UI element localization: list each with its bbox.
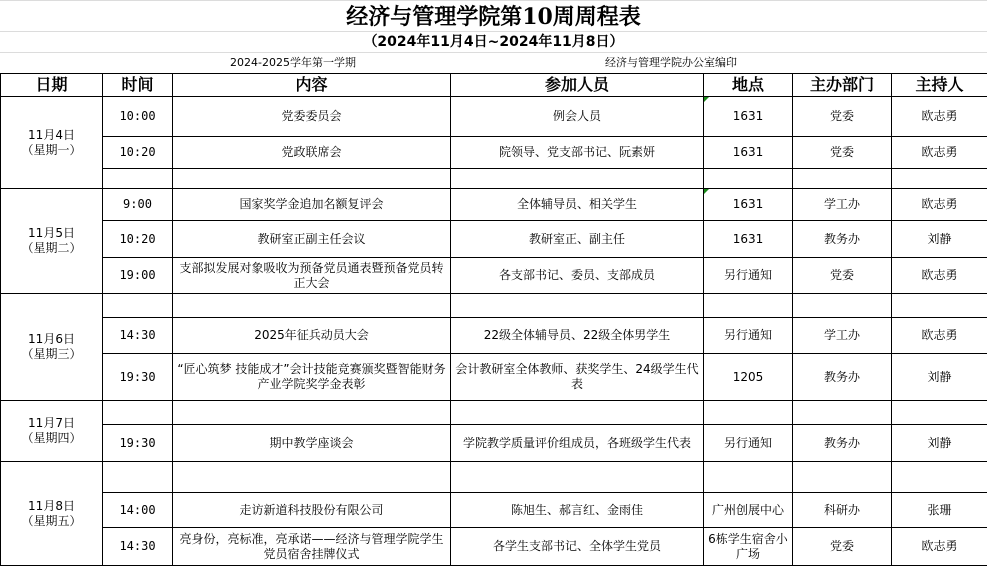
attendees-cell[interactable]: 教研室正、副主任 xyxy=(451,221,704,258)
attendees-cell[interactable] xyxy=(451,169,704,189)
content-cell[interactable] xyxy=(173,401,451,425)
host-cell[interactable]: 欧志勇 xyxy=(892,258,987,294)
dept-cell[interactable]: 党委 xyxy=(793,137,892,169)
table-row xyxy=(1,169,987,189)
date-cell[interactable]: 11月5日（星期二） xyxy=(1,189,103,294)
dept-cell[interactable]: 教务办 xyxy=(793,354,892,401)
time-cell[interactable]: 19:00 xyxy=(103,258,173,294)
table-row: 11月4日（星期一） 10:00 党委委员会 例会人员 1631 党委 欧志勇 xyxy=(1,97,987,137)
time-cell[interactable]: 10:20 xyxy=(103,221,173,258)
page-title: 经济与管理学院第10周周程表 xyxy=(0,2,987,32)
table-row: 11月6日（星期三） xyxy=(1,294,987,318)
content-cell[interactable]: “匠心筑梦 技能成才”会计技能竞赛颁奖暨智能财务产业学院奖学金表彰 xyxy=(173,354,451,401)
location-cell[interactable] xyxy=(704,169,793,189)
dept-cell[interactable]: 党委 xyxy=(793,97,892,137)
col-header-location: 地点 xyxy=(704,74,793,97)
location-cell[interactable]: 1631 xyxy=(704,221,793,258)
time-cell[interactable]: 19:30 xyxy=(103,354,173,401)
publisher-label: 经济与管理学院办公室编印 xyxy=(605,54,737,72)
date-cell[interactable]: 11月6日（星期三） xyxy=(1,294,103,401)
table-row: 11月7日（星期四） xyxy=(1,401,987,425)
table-row: 11月8日（星期五） xyxy=(1,462,987,493)
col-header-time: 时间 xyxy=(103,74,173,97)
time-cell[interactable]: 10:20 xyxy=(103,137,173,169)
host-cell[interactable]: 刘静 xyxy=(892,354,987,401)
location-cell[interactable]: 另行通知 xyxy=(704,425,793,462)
location-cell[interactable]: 6栋学生宿舍小广场 xyxy=(704,528,793,566)
date-text: 11月4日 xyxy=(28,128,75,142)
col-header-attendees: 参加人员 xyxy=(451,74,704,97)
host-cell[interactable]: 欧志勇 xyxy=(892,137,987,169)
table-row: 10:20 教研室正副主任会议 教研室正、副主任 1631 教务办 刘静 xyxy=(1,221,987,258)
attendees-cell[interactable]: 学院教学质量评价组成员，各班级学生代表 xyxy=(451,425,704,462)
dept-cell[interactable] xyxy=(793,401,892,425)
attendees-cell[interactable] xyxy=(451,462,704,493)
content-cell[interactable]: 期中教学座谈会 xyxy=(173,425,451,462)
comment-indicator-icon xyxy=(704,97,709,102)
col-header-date: 日期 xyxy=(1,74,103,97)
time-cell[interactable]: 9:00 xyxy=(103,189,173,221)
weekday-text: （星期三） xyxy=(21,347,81,361)
host-cell[interactable]: 张珊 xyxy=(892,493,987,528)
semester-label: 2024-2025学年第一学期 xyxy=(230,54,356,72)
date-cell[interactable]: 11月8日（星期五） xyxy=(1,462,103,566)
location-cell[interactable]: 1631 xyxy=(704,97,793,137)
attendees-cell[interactable] xyxy=(451,294,704,318)
location-cell[interactable] xyxy=(704,401,793,425)
content-cell[interactable]: 2025年征兵动员大会 xyxy=(173,318,451,354)
table-row: 14:30 2025年征兵动员大会 22级全体辅导员、22级全体男学生 另行通知… xyxy=(1,318,987,354)
table-row: 11月5日（星期二） 9:00 国家奖学金追加名额复评会 全体辅导员、相关学生 … xyxy=(1,189,987,221)
attendees-cell[interactable]: 各支部书记、委员、支部成员 xyxy=(451,258,704,294)
host-cell[interactable]: 欧志勇 xyxy=(892,97,987,137)
dept-cell[interactable]: 科研办 xyxy=(793,493,892,528)
content-cell[interactable]: 教研室正副主任会议 xyxy=(173,221,451,258)
location-cell[interactable]: 1631 xyxy=(704,137,793,169)
content-cell[interactable] xyxy=(173,294,451,318)
date-text: 11月5日 xyxy=(28,226,75,240)
host-cell[interactable]: 刘静 xyxy=(892,425,987,462)
host-cell[interactable] xyxy=(892,462,987,493)
date-range-subtitle: （2024年11月4日~2024年11月8日） xyxy=(0,32,987,52)
location-cell[interactable]: 另行通知 xyxy=(704,258,793,294)
date-cell[interactable]: 11月4日（星期一） xyxy=(1,97,103,189)
attendees-cell[interactable]: 全体辅导员、相关学生 xyxy=(451,189,704,221)
location-cell[interactable]: 另行通知 xyxy=(704,318,793,354)
table-row: 19:30 期中教学座谈会 学院教学质量评价组成员，各班级学生代表 另行通知 教… xyxy=(1,425,987,462)
time-cell[interactable] xyxy=(103,462,173,493)
dept-cell[interactable] xyxy=(793,294,892,318)
table-header-row: 日期 时间 内容 参加人员 地点 主办部门 主持人 xyxy=(1,74,987,97)
dept-cell[interactable] xyxy=(793,462,892,493)
host-cell[interactable]: 欧志勇 xyxy=(892,189,987,221)
time-cell[interactable] xyxy=(103,401,173,425)
table-row: 19:30 “匠心筑梦 技能成才”会计技能竞赛颁奖暨智能财务产业学院奖学金表彰 … xyxy=(1,354,987,401)
time-cell[interactable] xyxy=(103,294,173,318)
attendees-cell[interactable]: 院领导、党支部书记、阮素妍 xyxy=(451,137,704,169)
host-cell[interactable]: 刘静 xyxy=(892,221,987,258)
dept-cell[interactable]: 教务办 xyxy=(793,221,892,258)
date-text: 11月8日 xyxy=(28,499,75,513)
weekday-text: （星期四） xyxy=(21,431,81,445)
attendees-cell[interactable]: 例会人员 xyxy=(451,97,704,137)
weekday-text: （星期一） xyxy=(21,143,81,157)
table-row: 14:30 亮身份，亮标准，亮承诺——经济与管理学院学生党员宿舍挂牌仪式 各学生… xyxy=(1,528,987,566)
sheet-gridline xyxy=(0,0,987,1)
content-cell[interactable]: 亮身份，亮标准，亮承诺——经济与管理学院学生党员宿舍挂牌仪式 xyxy=(173,528,451,566)
sheet-gridline xyxy=(0,52,987,53)
date-text: 11月6日 xyxy=(28,332,75,346)
host-cell[interactable] xyxy=(892,401,987,425)
content-cell[interactable]: 走访新道科技股份有限公司 xyxy=(173,493,451,528)
col-header-dept: 主办部门 xyxy=(793,74,892,97)
dept-cell[interactable]: 学工办 xyxy=(793,318,892,354)
content-cell[interactable] xyxy=(173,169,451,189)
time-cell[interactable]: 14:30 xyxy=(103,318,173,354)
attendees-cell[interactable] xyxy=(451,401,704,425)
content-cell[interactable]: 党委委员会 xyxy=(173,97,451,137)
location-cell[interactable] xyxy=(704,294,793,318)
host-cell[interactable] xyxy=(892,169,987,189)
dept-cell[interactable]: 学工办 xyxy=(793,189,892,221)
location-cell[interactable] xyxy=(704,462,793,493)
location-cell[interactable]: 广州创展中心 xyxy=(704,493,793,528)
content-cell[interactable]: 支部拟发展对象吸收为预备党员通表暨预备党员转正大会 xyxy=(173,258,451,294)
weekday-text: （星期二） xyxy=(21,241,81,255)
dept-cell[interactable]: 党委 xyxy=(793,528,892,566)
host-cell[interactable] xyxy=(892,294,987,318)
time-cell[interactable] xyxy=(103,169,173,189)
schedule-table: 日期 时间 内容 参加人员 地点 主办部门 主持人 11月4日（星期一） 10:… xyxy=(0,73,987,566)
location-cell[interactable]: 1205 xyxy=(704,354,793,401)
time-cell[interactable]: 14:30 xyxy=(103,528,173,566)
date-cell[interactable]: 11月7日（星期四） xyxy=(1,401,103,462)
table-row: 10:20 党政联席会 院领导、党支部书记、阮素妍 1631 党委 欧志勇 xyxy=(1,137,987,169)
host-cell[interactable]: 欧志勇 xyxy=(892,528,987,566)
weekday-text: （星期五） xyxy=(21,514,81,528)
dept-cell[interactable] xyxy=(793,169,892,189)
date-text: 11月7日 xyxy=(28,416,75,430)
content-cell[interactable]: 党政联席会 xyxy=(173,137,451,169)
host-cell[interactable]: 欧志勇 xyxy=(892,318,987,354)
attendees-cell[interactable]: 各学生支部书记、全体学生党员 xyxy=(451,528,704,566)
col-header-host: 主持人 xyxy=(892,74,987,97)
content-cell[interactable]: 国家奖学金追加名额复评会 xyxy=(173,189,451,221)
attendees-cell[interactable]: 会计教研室全体教师、获奖学生、24级学生代表 xyxy=(451,354,704,401)
attendees-cell[interactable]: 22级全体辅导员、22级全体男学生 xyxy=(451,318,704,354)
time-cell[interactable]: 19:30 xyxy=(103,425,173,462)
content-cell[interactable] xyxy=(173,462,451,493)
col-header-content: 内容 xyxy=(173,74,451,97)
dept-cell[interactable]: 党委 xyxy=(793,258,892,294)
time-cell[interactable]: 14:00 xyxy=(103,493,173,528)
time-cell[interactable]: 10:00 xyxy=(103,97,173,137)
attendees-cell[interactable]: 陈旭生、郝言红、金雨佳 xyxy=(451,493,704,528)
table-row: 14:00 走访新道科技股份有限公司 陈旭生、郝言红、金雨佳 广州创展中心 科研… xyxy=(1,493,987,528)
comment-indicator-icon xyxy=(704,189,709,194)
table-row: 19:00 支部拟发展对象吸收为预备党员通表暨预备党员转正大会 各支部书记、委员… xyxy=(1,258,987,294)
location-cell[interactable]: 1631 xyxy=(704,189,793,221)
dept-cell[interactable]: 教务办 xyxy=(793,425,892,462)
